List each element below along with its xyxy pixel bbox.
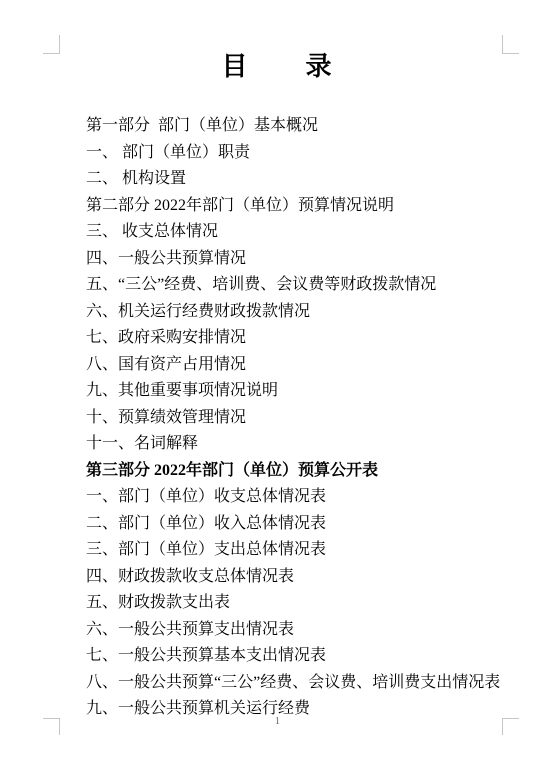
toc-entry: 八、国有资产占用情况 [86, 352, 515, 379]
toc-entry: 第三部分 2022年部门（单位）预算公开表 [86, 458, 515, 485]
toc-entry: 三、部门（单位）支出总体情况表 [86, 537, 515, 564]
toc-entry: 十、预算绩效管理情况 [86, 405, 515, 432]
toc-entry: 四、一般公共预算情况 [86, 246, 515, 273]
toc-entry: 五、财政拨款支出表 [86, 590, 515, 617]
toc-entry: 二、 机构设置 [86, 166, 515, 193]
toc-entry: 五、“三公”经费、培训费、会议费等财政拨款情况 [86, 272, 515, 299]
toc-entry: 第二部分 2022年部门（单位）预算情况说明 [86, 193, 515, 220]
toc-entry: 三、 收支总体情况 [86, 219, 515, 246]
toc-entry: 第一部分 部门（单位）基本概况 [86, 113, 515, 140]
page-title: 目 录 [0, 52, 555, 82]
document-page: 目 录 第一部分 部门（单位）基本概况一、 部门（单位）职责二、 机构设置第二部… [0, 0, 555, 783]
toc-entry: 一、部门（单位）收支总体情况表 [86, 484, 515, 511]
toc-entry: 九、其他重要事项情况说明 [86, 378, 515, 405]
toc-entry: 十一、名词解释 [86, 431, 515, 458]
toc-entry: 六、一般公共预算支出情况表 [86, 617, 515, 644]
toc-entry: 七、政府采购安排情况 [86, 325, 515, 352]
page-number: 1 [0, 715, 555, 729]
toc-entry: 八、一般公共预算“三公”经费、会议费、培训费支出情况表 [86, 670, 515, 697]
toc-list: 第一部分 部门（单位）基本概况一、 部门（单位）职责二、 机构设置第二部分 20… [86, 113, 515, 723]
toc-entry: 二、部门（单位）收入总体情况表 [86, 511, 515, 538]
toc-entry: 六、机关运行经费财政拨款情况 [86, 299, 515, 326]
toc-entry: 四、财政拨款收支总体情况表 [86, 564, 515, 591]
toc-entry: 七、一般公共预算基本支出情况表 [86, 643, 515, 670]
toc-entry: 一、 部门（单位）职责 [86, 140, 515, 167]
